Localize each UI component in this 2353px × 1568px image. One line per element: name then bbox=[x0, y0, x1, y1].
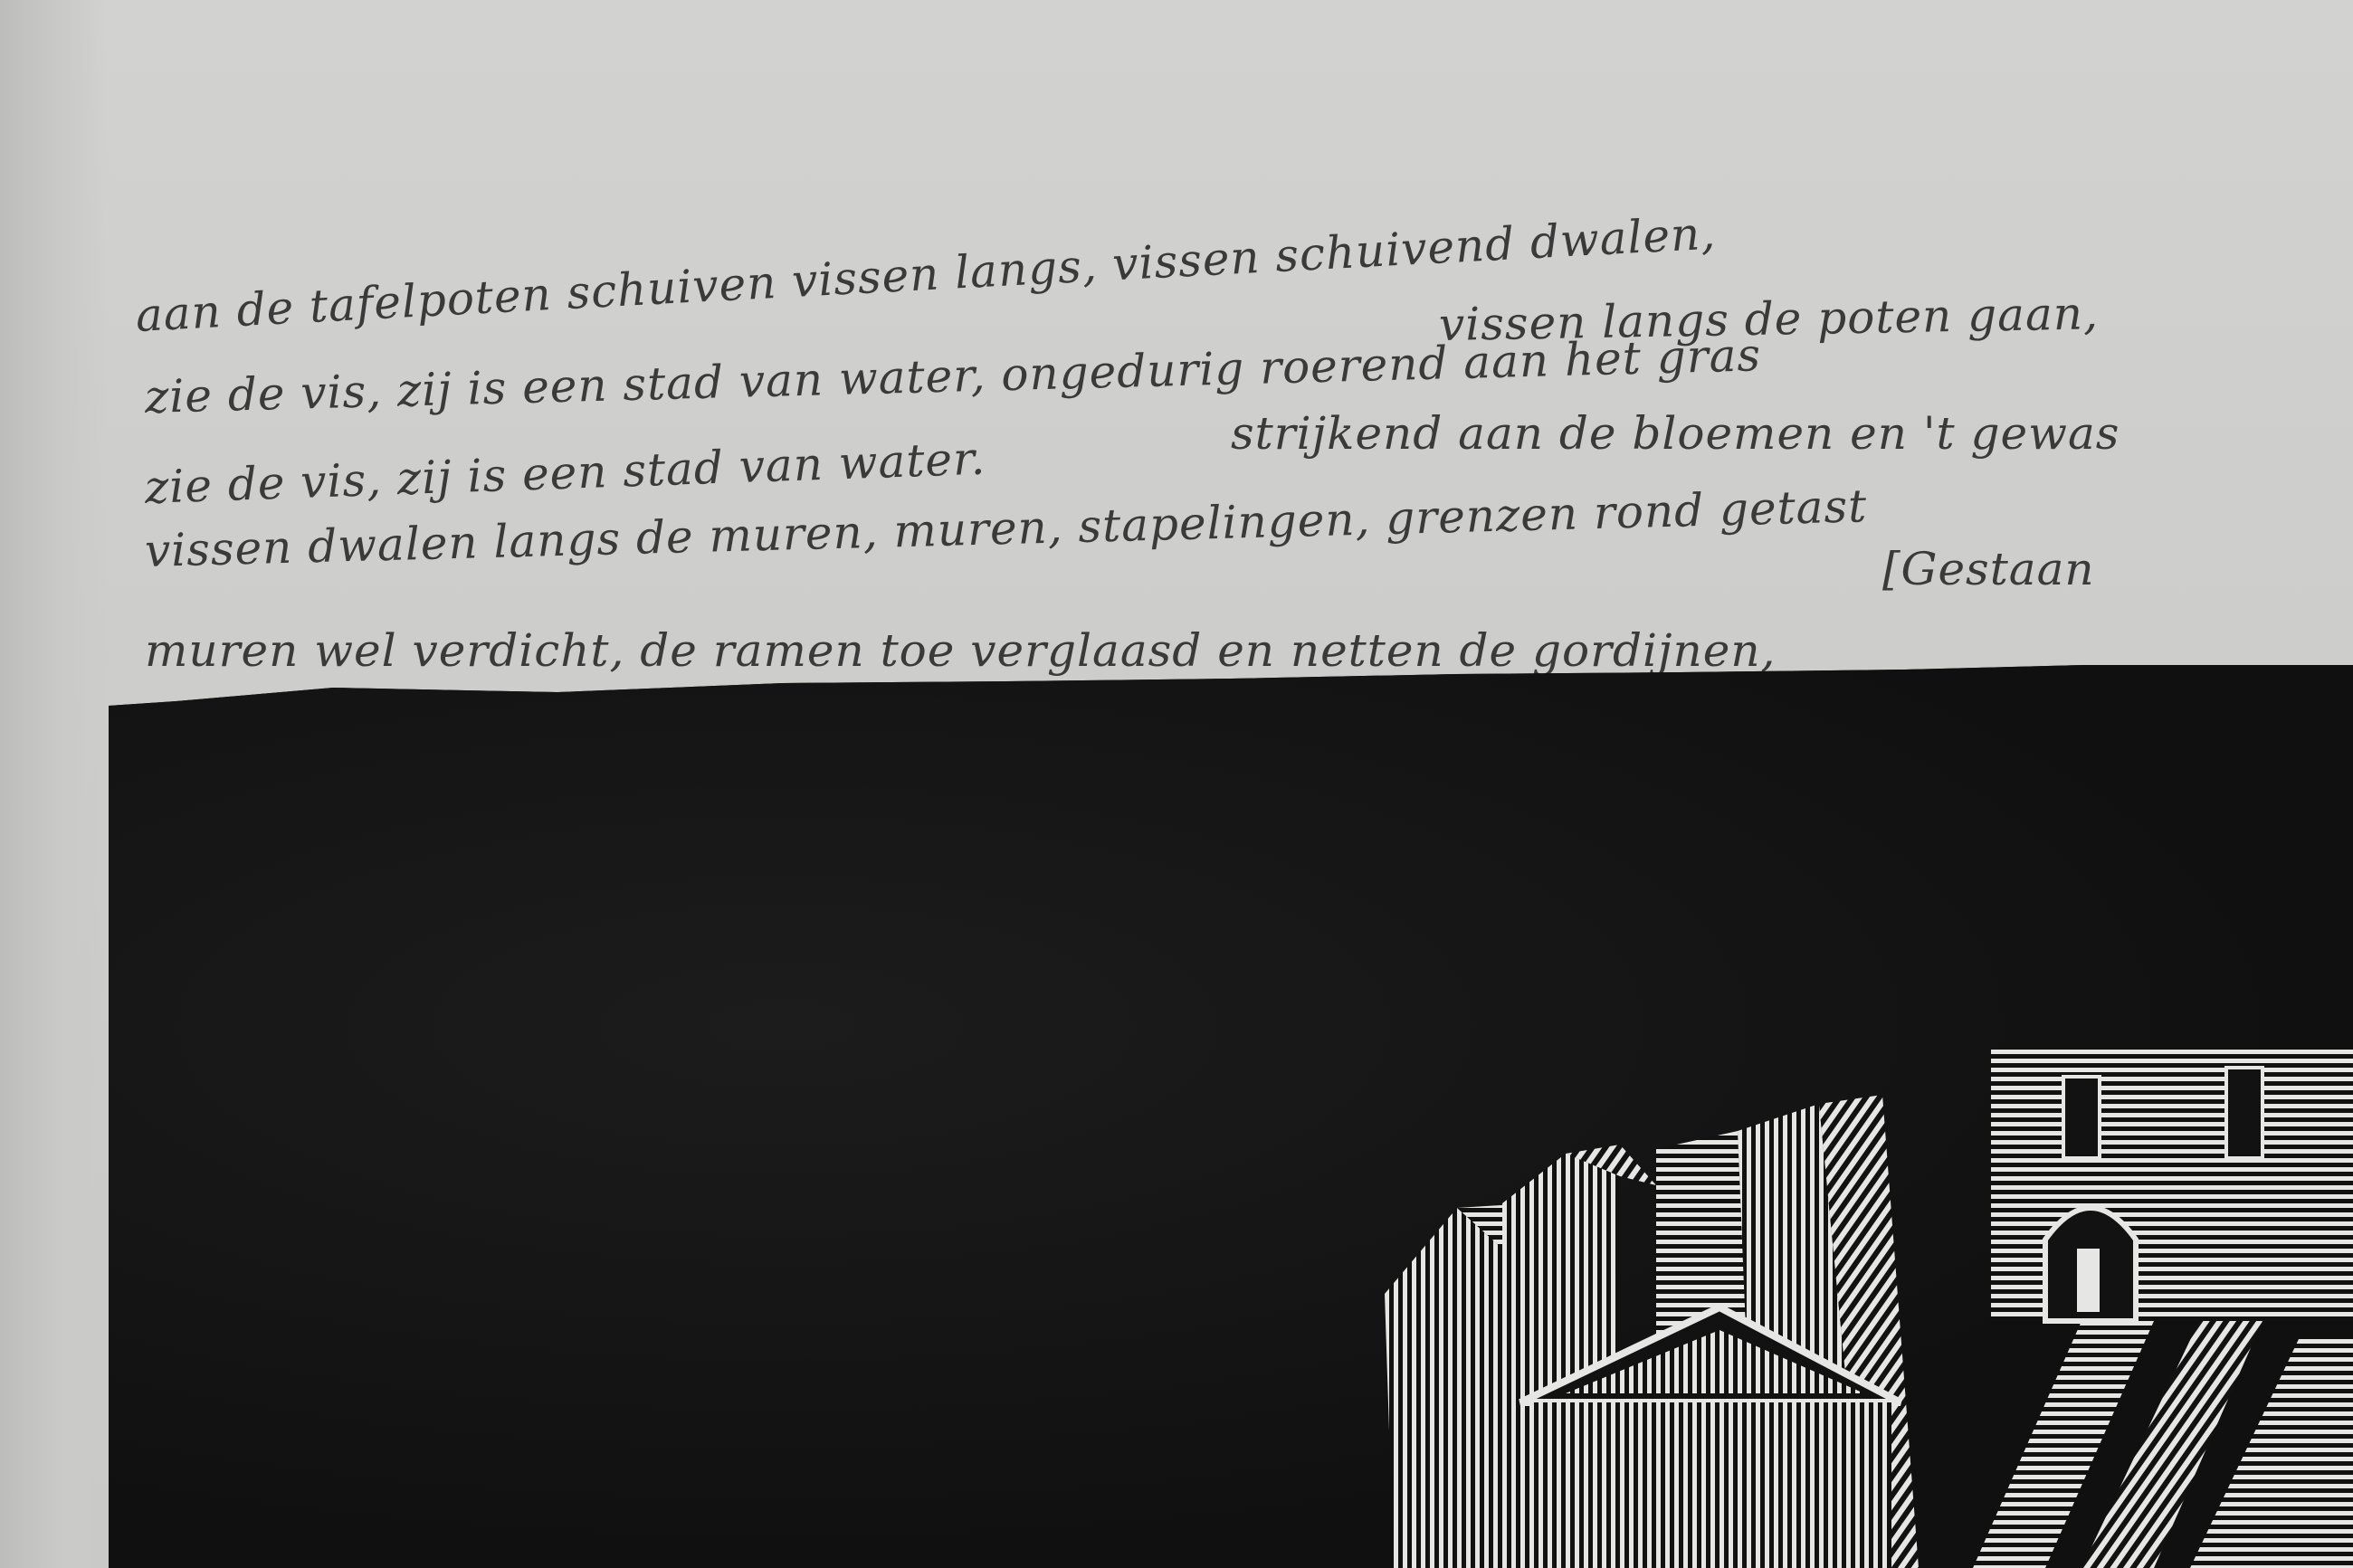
building-engraving-icon bbox=[1357, 995, 2353, 1568]
poem-line-7: [Gestaan bbox=[1882, 543, 2095, 595]
poem-line-4: strijkend aan de bloemen en 't gewas bbox=[1231, 407, 2120, 460]
black-print bbox=[109, 665, 2353, 1568]
poem-line-8: muren wel verdicht, de ramen toe verglaa… bbox=[145, 624, 1776, 677]
poem-line-5: zie de vis, zij is een stad van water. bbox=[144, 432, 986, 514]
handwritten-poem: aan de tafelpoten schuiven vissen langs,… bbox=[0, 0, 2353, 724]
